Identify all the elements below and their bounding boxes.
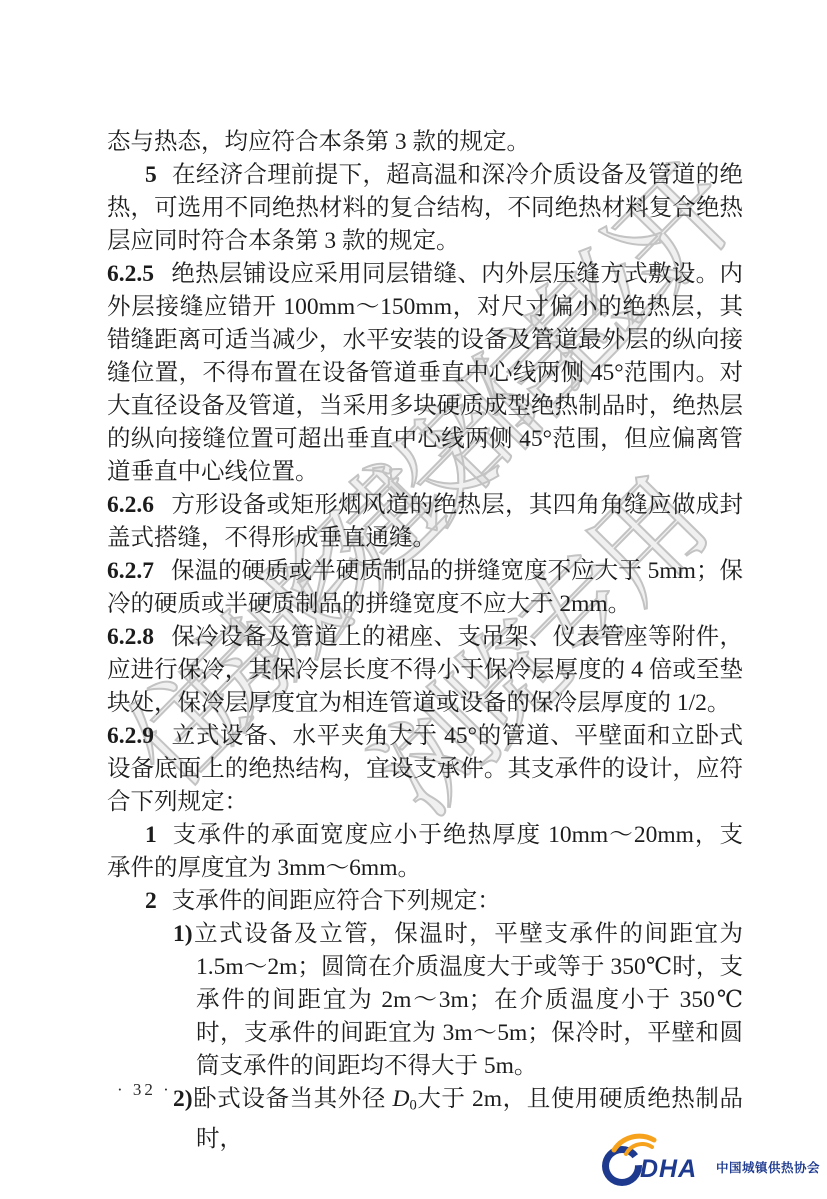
clause-5: 5在经济合理前提下，超高温和深冷介质设备及管道的绝热，可选用不同绝热材料的复合结… <box>107 159 743 258</box>
section-text: 保温的硬质或半硬质制品的拼缝宽度不应大于 5mm；保冷的硬质或半硬质制品的拼缝宽… <box>107 558 743 617</box>
subitem-marker: 1) <box>173 921 193 947</box>
paragraph-continuation: 态与热态，均应符合本条第 3 款的规定。 <box>107 126 743 159</box>
cdha-logo-graphic: DHA 中国城镇供热协会 <box>592 1130 824 1188</box>
page-number: · 32 · <box>117 1080 172 1100</box>
clause-text: 支承件的间距应符合下列规定： <box>172 888 501 914</box>
variable-subscript: 0 <box>409 1098 416 1114</box>
section-6-2-5: 6.2.5绝热层铺设应采用同层错缝、内外层压缝方式敷设。内外层接缝应错开 100… <box>107 258 743 489</box>
clause-number: 5 <box>145 162 157 188</box>
document-page: 住房城乡建设部信息公开 浏览专用 态与热态，均应符合本条第 3 款的规定。 5在… <box>0 0 827 1199</box>
variable-D: D <box>392 1086 409 1112</box>
section-6-2-7: 6.2.7保温的硬质或半硬质制品的拼缝宽度不应大于 5mm；保冷的硬质或半硬质制… <box>107 555 743 621</box>
logo-abbr-text: DHA <box>640 1155 697 1183</box>
clause-1: 1支承件的承面宽度应小于绝热厚度 10mm～20mm，支承件的厚度宜为 3mm～… <box>107 819 743 885</box>
section-6-2-9: 6.2.9立式设备、水平夹角大于 45°的管道、平壁面和立卧式设备底面上的绝热结… <box>107 720 743 819</box>
section-number: 6.2.6 <box>107 492 154 518</box>
section-text: 保冷设备及管道上的裙座、支吊架、仪表管座等附件，应进行保冷，其保冷层长度不得小于… <box>107 624 743 716</box>
clause-number: 2 <box>145 888 157 914</box>
subitem-1: 1)立式设备及立管，保温时，平壁支承件的间距宜为 1.5m～2m；圆筒在介质温度… <box>107 918 743 1083</box>
section-text: 绝热层铺设应采用同层错缝、内外层压缝方式敷设。内外层接缝应错开 100mm～15… <box>107 261 743 485</box>
logo-org-name: 中国城镇供热协会 <box>716 1160 820 1175</box>
subitem-marker: 2) <box>173 1086 193 1112</box>
section-number: 6.2.9 <box>107 723 154 749</box>
section-6-2-6: 6.2.6方形设备或矩形烟风道的绝热层，其四角角缝应做成封盖式搭缝，不得形成垂直… <box>107 489 743 555</box>
clause-number: 1 <box>145 822 157 848</box>
clause-text: 在经济合理前提下，超高温和深冷介质设备及管道的绝热，可选用不同绝热材料的复合结构… <box>107 162 743 254</box>
section-number: 6.2.5 <box>107 261 154 287</box>
section-text: 方形设备或矩形烟风道的绝热层，其四角角缝应做成封盖式搭缝，不得形成垂直通缝。 <box>107 492 743 551</box>
cdha-logo: DHA 中国城镇供热协会 <box>592 1130 824 1193</box>
text-column: 态与热态，均应符合本条第 3 款的规定。 5在经济合理前提下，超高温和深冷介质设… <box>107 126 743 1156</box>
section-number: 6.2.8 <box>107 624 154 650</box>
section-number: 6.2.7 <box>107 558 154 584</box>
section-text: 立式设备、水平夹角大于 45°的管道、平壁面和立卧式设备底面上的绝热结构，宜设支… <box>107 723 743 815</box>
clause-2: 2支承件的间距应符合下列规定： <box>107 885 743 918</box>
clause-text: 支承件的承面宽度应小于绝热厚度 10mm～20mm，支承件的厚度宜为 3mm～6… <box>107 822 743 881</box>
section-6-2-8: 6.2.8保冷设备及管道上的裙座、支吊架、仪表管座等附件，应进行保冷，其保冷层长… <box>107 621 743 720</box>
subitem-text-pre: 卧式设备当其外径 <box>193 1086 393 1112</box>
subitem-text: 立式设备及立管，保温时，平壁支承件的间距宜为 1.5m～2m；圆筒在介质温度大于… <box>193 921 743 1079</box>
